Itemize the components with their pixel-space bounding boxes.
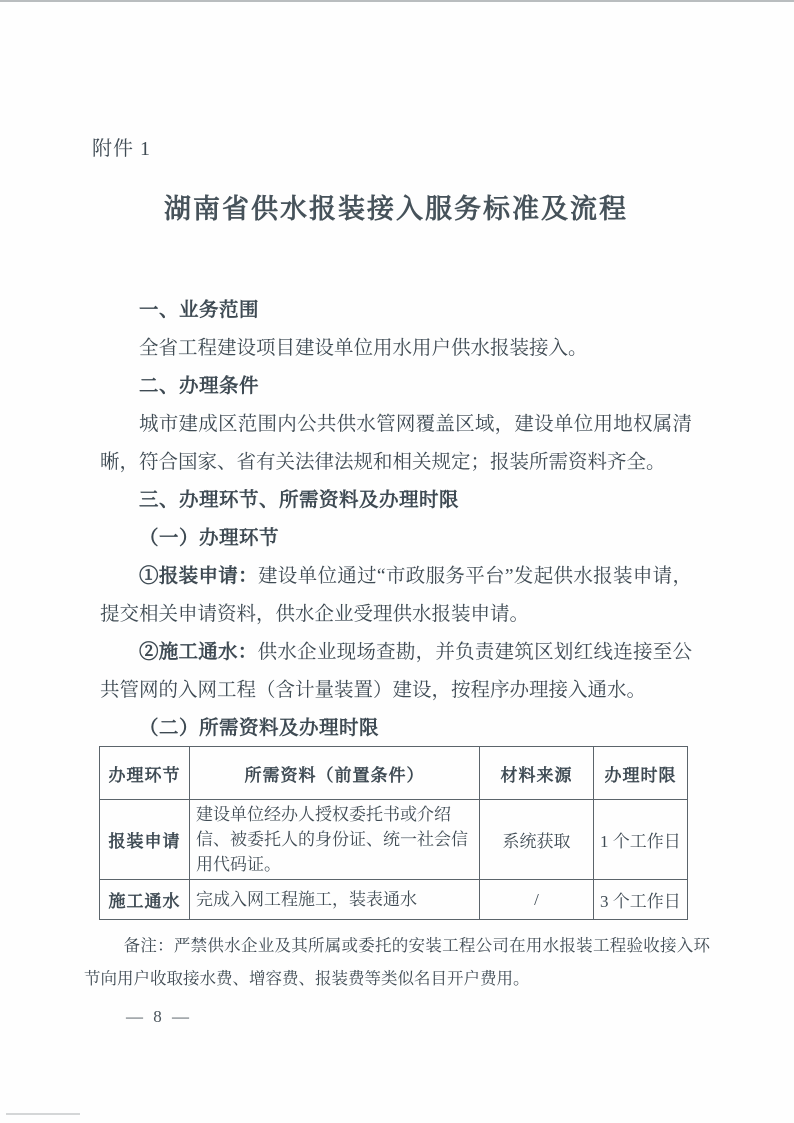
scan-artifact [6, 1113, 80, 1115]
step-2-label: ②施工通水： [139, 642, 258, 663]
attachment-label: 附件 1 [92, 136, 692, 162]
section-2-paragraph: 城市建成区范围内公共供水管网覆盖区域，建设单位用地权属清晰，符合国家、省有关法律… [100, 406, 692, 482]
header-materials: 所需资料（前置条件） [190, 747, 480, 800]
row2-materials: 完成入网工程施工，装表通水 [190, 880, 480, 920]
section-1-heading: 一、业务范围 [100, 292, 692, 330]
row1-source: 系统获取 [480, 800, 594, 880]
note-text: 严禁供水企业及其所属或委托的安装工程公司在用水报装工程验收接入环节向用户收取接水… [84, 936, 710, 988]
document-title: 湖南省供水报装接入服务标准及流程 [100, 190, 692, 228]
row1-time: 1 个工作日 [594, 800, 688, 880]
note-paragraph: 备注：严禁供水企业及其所属或委托的安装工程公司在用水报装工程验收接入环节向用户收… [84, 929, 710, 995]
document-page: 附件 1 湖南省供水报装接入服务标准及流程 一、业务范围 全省工程建设项目建设单… [0, 0, 794, 1123]
step-1-paragraph: ①报装申请：建设单位通过“市政服务平台”发起供水报装申请，提交相关申请资料，供水… [100, 558, 692, 634]
section-3-sub-2-heading: （二）所需资料及办理时限 [100, 710, 692, 748]
section-3-heading: 三、办理环节、所需资料及办理时限 [100, 482, 692, 520]
row1-materials: 建设单位经办人授权委托书或介绍信、被委托人的身份证、统一社会信用代码证。 [190, 800, 480, 880]
section-1-paragraph: 全省工程建设项目建设单位用水用户供水报装接入。 [100, 330, 692, 368]
header-step: 办理环节 [100, 747, 190, 800]
requirements-table: 办理环节 所需资料（前置条件） 材料来源 办理时限 报装申请 建设单位经办人授权… [99, 746, 688, 920]
section-2-heading: 二、办理条件 [100, 368, 692, 406]
note-label: 备注： [124, 936, 174, 955]
page-number: — 8 — [126, 1007, 692, 1027]
header-source: 材料来源 [480, 747, 594, 800]
table-header-row: 办理环节 所需资料（前置条件） 材料来源 办理时限 [100, 747, 688, 800]
row1-step: 报装申请 [100, 800, 190, 880]
document-body: 一、业务范围 全省工程建设项目建设单位用水用户供水报装接入。 二、办理条件 城市… [100, 292, 692, 748]
step-2-paragraph: ②施工通水：供水企业现场查勘，并负责建筑区划红线连接至公共管网的入网工程（含计量… [100, 634, 692, 710]
step-1-label: ①报装申请： [139, 566, 258, 587]
table-row: 报装申请 建设单位经办人授权委托书或介绍信、被委托人的身份证、统一社会信用代码证… [100, 800, 688, 880]
page-content: 附件 1 湖南省供水报装接入服务标准及流程 一、业务范围 全省工程建设项目建设单… [100, 0, 692, 1027]
table-row: 施工通水 完成入网工程施工，装表通水 / 3 个工作日 [100, 880, 688, 920]
row2-time: 3 个工作日 [594, 880, 688, 920]
row2-source: / [480, 880, 594, 920]
row2-step: 施工通水 [100, 880, 190, 920]
header-time: 办理时限 [594, 747, 688, 800]
section-3-sub-1-heading: （一）办理环节 [100, 520, 692, 558]
